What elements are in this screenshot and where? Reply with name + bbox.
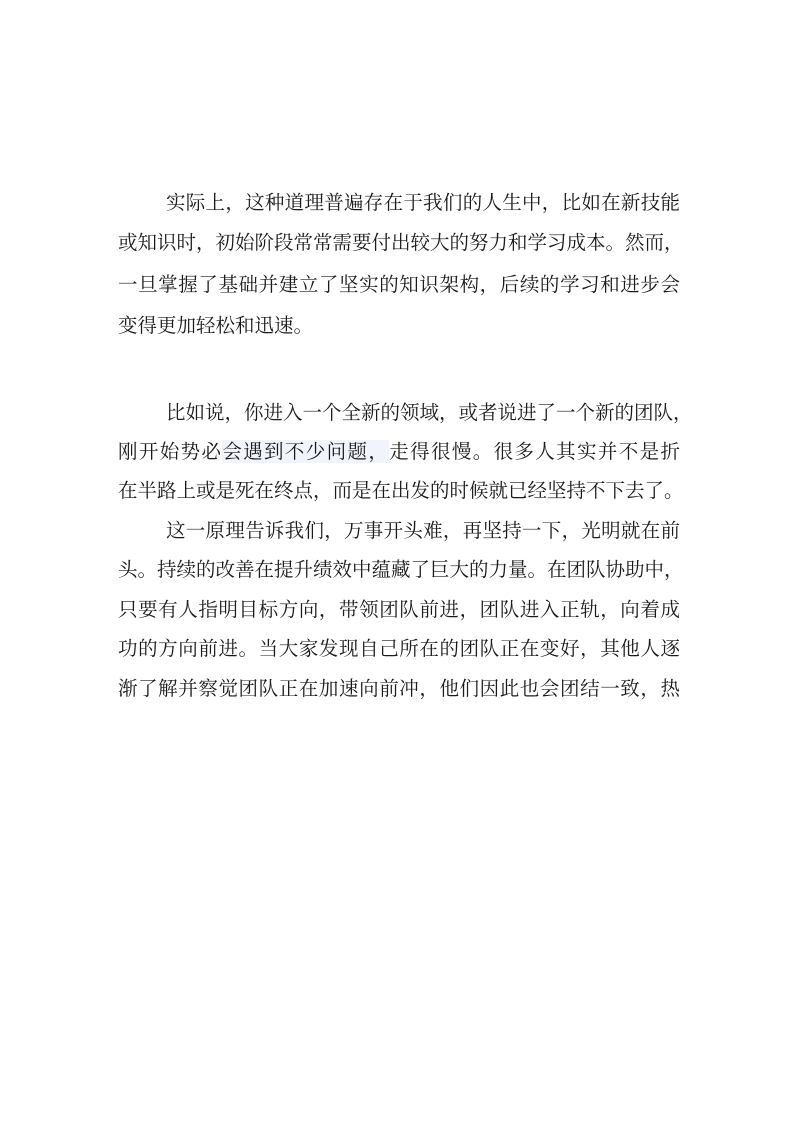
text-line: 实际上，这种道理普遍存在于我们的人生中，比如在新技能	[166, 188, 680, 218]
text-line: 头。持续的改善在提升绩效中蕴藏了巨大的力量。在团队协助中，	[118, 555, 680, 585]
text-line: 功的方向前进。当大家发现自己所在的团队正在变好，其他人逐	[118, 634, 680, 664]
text-line: 刚开始势必会遇到不少问题，走得很慢。很多人其实并不是折	[118, 437, 680, 467]
text-line: 一旦掌握了基础并建立了坚实的知识架构，后续的学习和进步会	[118, 270, 680, 300]
text-line: 只要有人指明目标方向，带领团队前进，团队进入正轨，向着成	[118, 595, 680, 625]
text-segment: 走得很慢。很多人其实并不是折	[389, 440, 680, 463]
text-line: 在半路上或是死在终点，而是在出发的时候就已经坚持不下去了。	[118, 476, 680, 506]
text-line: 渐了解并察觉团队正在加速向前冲，他们因此也会团结一致，热	[118, 674, 680, 704]
text-line: 这一原理告诉我们，万事开头难，再坚持一下，光明就在前	[166, 516, 680, 546]
text-line: 变得更加轻松和迅速。	[118, 311, 680, 341]
text-line: 或知识时，初始阶段常常需要付出较大的努力和学习成本。然而，	[118, 228, 680, 258]
document-page: 实际上，这种道理普遍存在于我们的人生中，比如在新技能 或知识时，初始阶段常常需要…	[0, 0, 793, 1122]
highlighted-text[interactable]: 会遇到不少问题，	[222, 440, 389, 463]
text-segment: 刚开始势必	[118, 440, 222, 463]
text-line: 比如说，你进入一个全新的领域，或者说进了一个新的团队，	[166, 398, 680, 428]
